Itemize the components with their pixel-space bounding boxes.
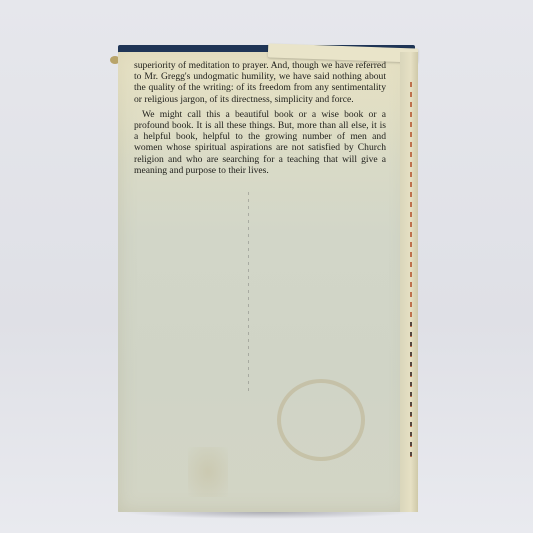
dust-jacket-back: superiority of meditation to prayer. And… bbox=[118, 52, 408, 512]
crease-line bbox=[248, 192, 249, 392]
spine-edge bbox=[400, 52, 418, 512]
water-stain bbox=[188, 447, 228, 497]
blurb-paragraph-1: superiority of meditation to prayer. And… bbox=[134, 60, 386, 105]
spine-lettering-dark bbox=[410, 322, 412, 462]
blurb-paragraph-2: We might call this a beautiful book or a… bbox=[134, 109, 386, 176]
blurb-text: superiority of meditation to prayer. And… bbox=[134, 60, 386, 176]
coffee-ring-stain bbox=[277, 379, 365, 461]
